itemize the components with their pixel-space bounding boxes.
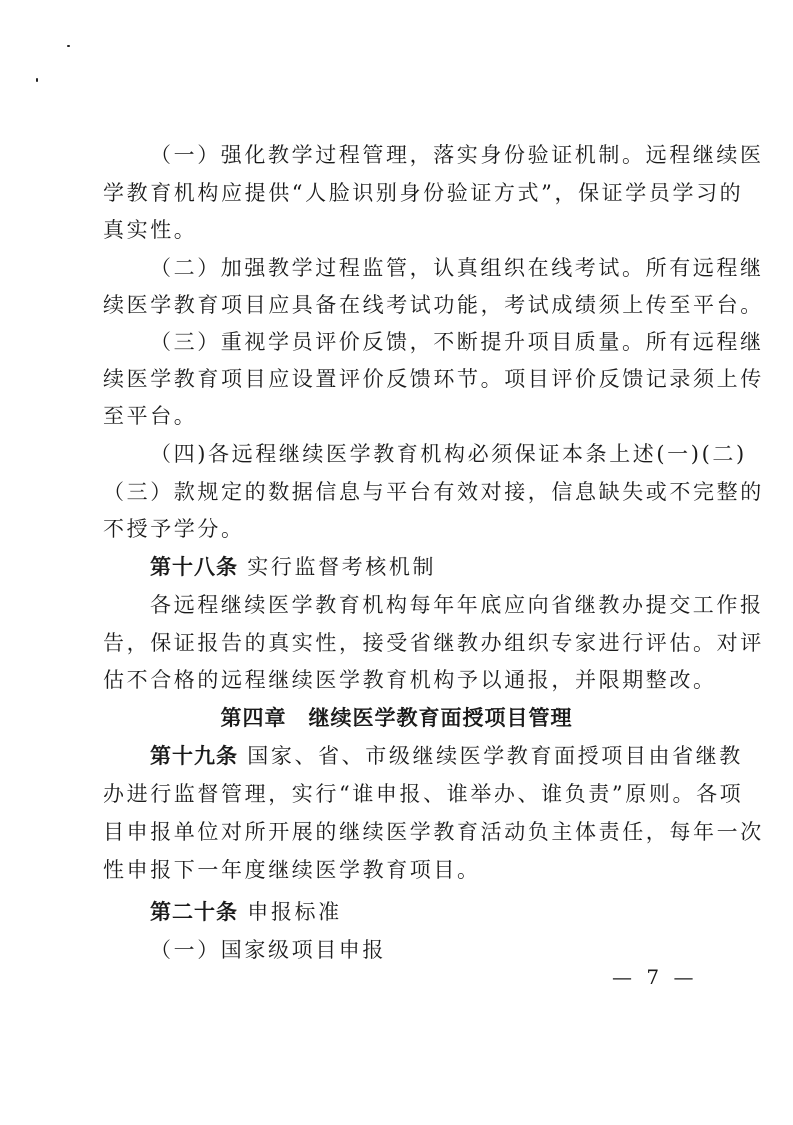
paragraph-3-line-2: 续医学教育项目应设置评价反馈环节。项目评价反馈记录须上传 [103,360,703,398]
document-page: （一）强化教学过程管理，落实身份验证机制。远程继续医 学教育机构应提供“人脸识别… [0,0,793,1125]
paragraph-4-line-1: （四)各远程继续医学教育机构必须保证本条上述(一)(二) [150,435,703,473]
article-18-line-3: 估不合格的远程继续医学教育机构予以通报，并限期整改。 [103,661,703,699]
paragraph-2-line-2: 续医学教育项目应具备在线考试功能，考试成绩须上传至平台。 [103,286,703,324]
paragraph-3-line-1: （三）重视学员评价反馈，不断提升项目质量。所有远程继 [150,323,703,361]
scan-speck [67,45,70,47]
article-19-line-2: 办进行监督管理，实行“谁申报、谁举办、谁负责”原则。各项 [103,775,703,813]
chapter-4-title: 第四章 继续医学教育面授项目管理 [0,699,793,737]
page-number: — 7 — [612,962,697,992]
paragraph-1-line-2: 学教育机构应提供“人脸识别身份验证方式”，保证学员学习的 [103,174,703,212]
paragraph-1-line-1: （一）强化教学过程管理，落实身份验证机制。远程继续医 [150,136,703,174]
article-19-title: 第十九条 [150,744,238,768]
article-18-heading: 第十八条 实行监督考核机制 [150,548,703,586]
article-19-first-line: 国家、省、市级继续医学教育面授项目由省继教 [247,744,743,768]
paragraph-4-line-3: 不授予学分。 [103,510,703,548]
article-20-subject: 申报标准 [247,900,341,924]
article-19-line-3: 目申报单位对所开展的继续医学教育活动负主体责任，每年一次 [103,813,703,851]
paragraph-2-line-1: （二）加强教学过程监管，认真组织在线考试。所有远程继 [150,249,703,287]
article-18-subject: 实行监督考核机制 [247,555,436,579]
paragraph-3-line-3: 至平台。 [103,397,703,435]
paragraph-4-line-2: （三）款规定的数据信息与平台有效对接，信息缺失或不完整的 [103,473,703,511]
article-20-heading: 第二十条 申报标准 [150,893,703,931]
article-18-line-1: 各远程继续医学教育机构每年年底应向省继教办提交工作报 [150,586,703,624]
article-19-line-4: 性申报下一年度继续医学教育项目。 [103,851,703,889]
article-20-title: 第二十条 [150,900,238,924]
paragraph-1-line-3: 真实性。 [103,211,703,249]
article-18-title: 第十八条 [150,555,238,579]
article-19-line-1: 第十九条 国家、省、市级继续医学教育面授项目由省继教 [150,737,703,775]
article-18-line-2: 告，保证报告的真实性，接受省继教办组织专家进行评估。对评 [103,624,703,662]
scan-speck [36,78,38,82]
